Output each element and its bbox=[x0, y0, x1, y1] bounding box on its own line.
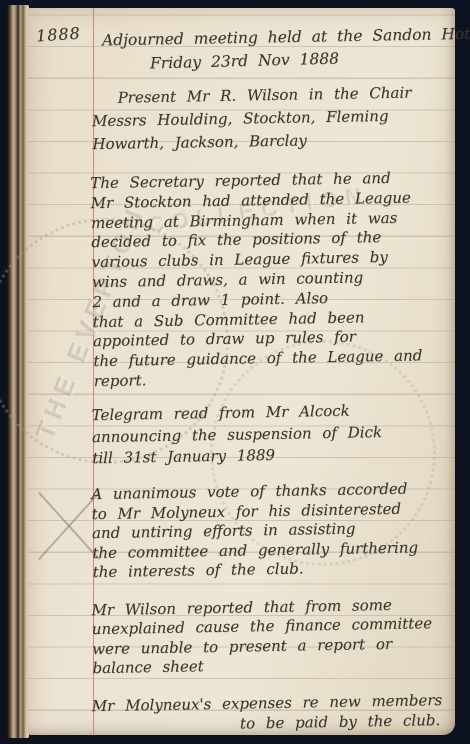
margin-year: 1888 bbox=[35, 23, 81, 45]
paragraph-expenses: Mr Molyneux's expenses re new membersto … bbox=[92, 691, 453, 736]
photograph-background: THE EVERTON COLLECTION 1888 Adjourned me… bbox=[0, 0, 470, 744]
paragraph-attendance: Present Mr R. Wilson in the ChairMessrs … bbox=[91, 81, 452, 156]
book-binding-edge bbox=[6, 5, 29, 738]
minute-book-page: THE EVERTON COLLECTION 1888 Adjourned me… bbox=[28, 8, 455, 735]
paragraph-finance: Mr Wilson reported that from someunexpla… bbox=[91, 595, 452, 678]
paragraph-telegram: Telegram read from Mr Alcockannouncing t… bbox=[91, 399, 452, 470]
heading-date-line: Friday 23rd Nov 1888 bbox=[150, 50, 339, 73]
heading-line: Adjourned meeting held at the Sandon Hot… bbox=[102, 25, 470, 50]
paragraph-league-report: The Secretary reported that he andMr Sto… bbox=[90, 168, 454, 392]
handwritten-line: Howarth, Jackson, Barclay bbox=[92, 127, 452, 156]
pencil-cross-mark bbox=[24, 494, 96, 560]
paragraph-vote-of-thanks: A unanimous vote of thanks accordedto Mr… bbox=[91, 479, 453, 583]
